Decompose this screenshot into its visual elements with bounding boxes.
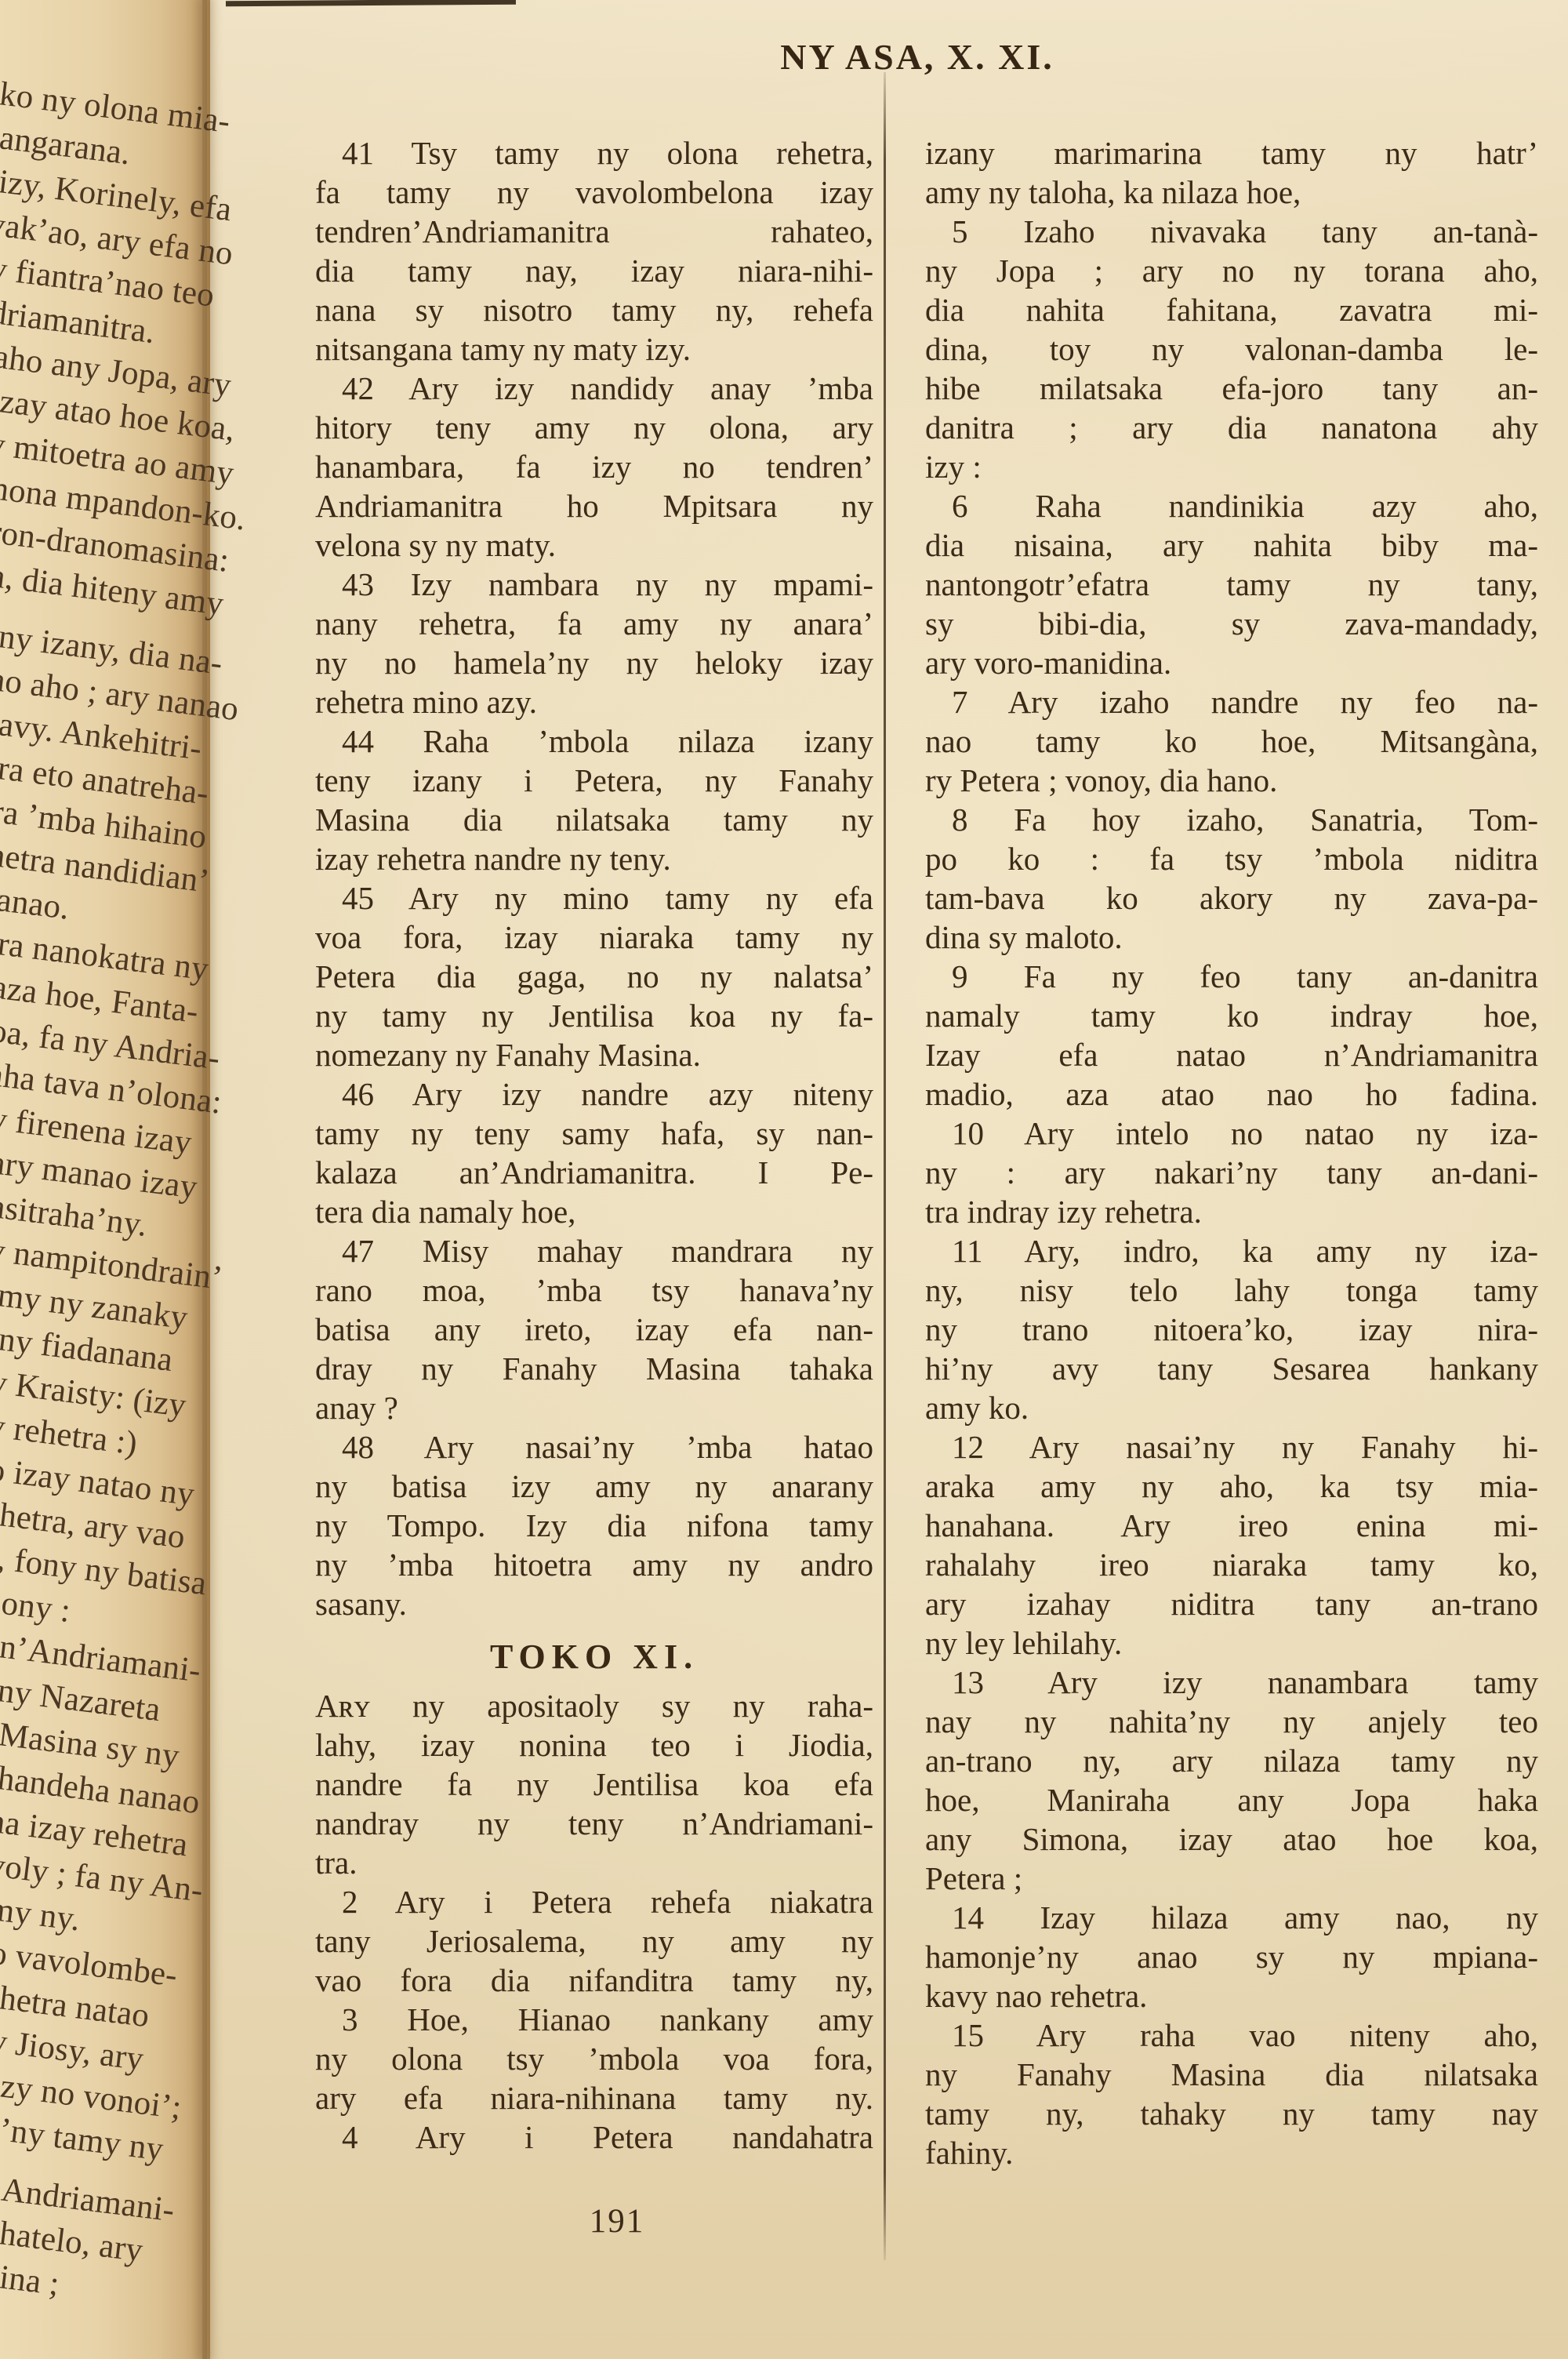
text-line: kalaza an’Andriamanitra. I Pe-	[315, 1153, 873, 1192]
page-number: 191	[315, 2202, 919, 2241]
text-line: rehetra mino azy.	[315, 682, 873, 722]
text-line: dina, toy ny valonan-damba le-	[925, 329, 1538, 369]
text-line: hoe, Maniraha any Jopa haka	[925, 1780, 1538, 1819]
text-line: 10 Ary intelo no natao ny iza-	[925, 1114, 1538, 1153]
text-line: ny, nisy telo lahy tonga tamy	[925, 1270, 1538, 1310]
text-line: 9 Fa ny feo tany an-danitra	[925, 957, 1538, 996]
binding-edge	[226, 0, 516, 6]
text-line: kavy nao rehetra.	[925, 1976, 1538, 2016]
text-line: 3 Hoe, Hianao nankany amy	[315, 2000, 873, 2039]
text-line: hanambara, fa izy no tendren’	[315, 447, 873, 486]
text-line: nay ny nahita’ny ny anjely teo	[925, 1702, 1538, 1741]
text-line: ny : ary nakari’ny tany an-dani-	[925, 1153, 1538, 1192]
text-line: tera dia namaly hoe,	[315, 1192, 873, 1231]
text-line: namaly tamy ko indray hoe,	[925, 996, 1538, 1035]
text-line: 42 Ary izy nandidy anay ’mba	[315, 369, 873, 408]
text-line: any Simona, izay atao hoe koa,	[925, 1819, 1538, 1859]
text-line: 46 Ary izy nandre azy niteny	[315, 1074, 873, 1114]
text-line: ny trano nitoera’ko, izay nira-	[925, 1310, 1538, 1349]
text-line: nandre fa ny Jentilisa koa efa	[315, 1765, 873, 1804]
text-line: izany marimarina tamy ny hatr’	[925, 133, 1538, 173]
text-line: ny olona tsy ’mbola voa fora,	[315, 2039, 873, 2078]
text-line: ny no hamela’ny ny heloky izay	[315, 643, 873, 682]
text-line: Izay efa natao n’Andriamanitra	[925, 1035, 1538, 1074]
text-line: rahalahy ireo niaraka tamy ko,	[925, 1545, 1538, 1584]
text-line: ary voro-manidina.	[925, 643, 1538, 682]
text-line: izy :	[925, 447, 1538, 486]
column-divider-rule	[884, 72, 886, 2260]
text-line: ny tamy ny Jentilisa koa ny fa-	[315, 996, 873, 1035]
text-line: teny izany i Petera, ny Fanahy	[315, 761, 873, 800]
text-line: araka amy ny aho, ka tsy mia-	[925, 1467, 1538, 1506]
text-line: 12 Ary nasai’ny ny Fanahy hi-	[925, 1427, 1538, 1467]
text-line: Petera dia gaga, no ny nalatsa’	[315, 957, 873, 996]
text-line: 4 Ary i Petera nandahatra	[315, 2117, 873, 2157]
text-line: 41 Tsy tamy ny olona rehetra,	[315, 133, 873, 173]
text-line: sy bibi-dia, sy zava-mandady,	[925, 604, 1538, 643]
text-line: nandray ny teny n’Andriamani-	[315, 1804, 873, 1843]
text-line: 5 Izaho nivavaka tany an-tanà-	[925, 212, 1538, 251]
text-line: dina sy maloto.	[925, 918, 1538, 957]
text-line: batisa any ireto, izay efa nan-	[315, 1310, 873, 1349]
text-line: nana sy nisotro tamy ny, rehefa	[315, 290, 873, 329]
text-line: ny ley lehilahy.	[925, 1623, 1538, 1663]
text-line: hamonje’ny anao sy ny mpiana-	[925, 1937, 1538, 1976]
text-line: amy ny taloha, ka nilaza hoe,	[925, 173, 1538, 212]
text-line: 13 Ary izy nanambara tamy	[925, 1663, 1538, 1702]
right-text-column: izany marimarina tamy ny hatr’amy ny tal…	[925, 133, 1538, 2172]
text-line: dia nisaina, ary nahita biby ma-	[925, 525, 1538, 565]
text-line: dia tamy nay, izay niara-nihi-	[315, 251, 873, 290]
text-line: Aʀʏ ny apositaoly sy ny raha-	[315, 1686, 873, 1725]
text-line: velona sy ny maty.	[315, 525, 873, 565]
text-line: dia nahita fahitana, zavatra mi-	[925, 290, 1538, 329]
text-line: dray ny Fanahy Masina tahaka	[315, 1349, 873, 1388]
chapter-heading: TOKO XI.	[315, 1637, 873, 1677]
text-line: ny Tompo. Izy dia nifona tamy	[315, 1506, 873, 1545]
text-line: 2 Ary i Petera rehefa niakatra	[315, 1882, 873, 1921]
text-line: hanahana. Ary ireo enina mi-	[925, 1506, 1538, 1545]
text-line: fa tamy ny vavolombelona izay	[315, 173, 873, 212]
text-line: fahiny.	[925, 2133, 1538, 2172]
text-line: 44 Raha ’mbola nilaza izany	[315, 722, 873, 761]
text-line: lahy, izay nonina teo i Jiodia,	[315, 1725, 873, 1765]
text-line: 8 Fa hoy izaho, Sanatria, Tom-	[925, 800, 1538, 839]
text-line: 7 Ary izaho nandre ny feo na-	[925, 682, 1538, 722]
text-line: 14 Izay hilaza amy nao, ny	[925, 1898, 1538, 1937]
text-line: tamy ny, tahaky ny tamy nay	[925, 2094, 1538, 2133]
text-line: hibe milatsaka efa-joro tany an-	[925, 369, 1538, 408]
text-line: voa fora, izay niaraka tamy ny	[315, 918, 873, 957]
text-line: 15 Ary raha vao niteny aho,	[925, 2016, 1538, 2055]
text-line: Masina dia nilatsaka tamy ny	[315, 800, 873, 839]
left-text-column: 41 Tsy tamy ny olona rehetra,fa tamy ny …	[315, 133, 873, 2157]
text-line: 45 Ary ny mino tamy ny efa	[315, 878, 873, 918]
text-line: hi’ny avy tany Sesarea hankany	[925, 1349, 1538, 1388]
text-line: sasany.	[315, 1584, 873, 1623]
text-line: ry Petera ; vonoy, dia hano.	[925, 761, 1538, 800]
text-line: 43 Izy nambara ny ny mpami-	[315, 565, 873, 604]
text-line: tendren’Andriamanitra rahateo,	[315, 212, 873, 251]
text-line: 11 Ary, indro, ka amy ny iza-	[925, 1231, 1538, 1270]
text-line: anay ?	[315, 1388, 873, 1427]
text-line: Andriamanitra ho Mpitsara ny	[315, 486, 873, 525]
text-line: 6 Raha nandinikia azy aho,	[925, 486, 1538, 525]
text-line: ary efa niara-nihinana tamy ny.	[315, 2078, 873, 2117]
previous-page-fragments: a’ko ny olona mia-arangarana.y izy, Kori…	[0, 69, 240, 2296]
text-line: vao fora dia nifanditra tamy ny,	[315, 1961, 873, 2000]
text-line: nany rehetra, fa amy ny anara’	[315, 604, 873, 643]
text-line: tra indray izy rehetra.	[925, 1192, 1538, 1231]
text-line: ny Jopa ; ary no ny torana aho,	[925, 251, 1538, 290]
verses-41-48: 41 Tsy tamy ny olona rehetra,fa tamy ny …	[315, 133, 873, 1623]
text-line: tamy ny teny samy hafa, sy nan-	[315, 1114, 873, 1153]
text-line: po ko : fa tsy ’mbola niditra	[925, 839, 1538, 878]
text-line: 48 Ary nasai’ny ’mba hatao	[315, 1427, 873, 1467]
text-line: ny ’mba hitoetra amy ny andro	[315, 1545, 873, 1584]
text-line: rano moa, ’mba tsy hanava’ny	[315, 1270, 873, 1310]
text-line: ny batisa izy amy ny anarany	[315, 1467, 873, 1506]
text-line: madio, aza atao nao ho fadina.	[925, 1074, 1538, 1114]
text-line: ary izahay niditra tany an-trano	[925, 1584, 1538, 1623]
chapter-11-verses: Aʀʏ ny apositaoly sy ny raha-lahy, izay …	[315, 1686, 873, 2157]
text-line: tam-bava ko akory ny zava-pa-	[925, 878, 1538, 918]
text-line: nao tamy ko hoe, Mitsangàna,	[925, 722, 1538, 761]
text-line: danitra ; ary dia nanatona ahy	[925, 408, 1538, 447]
text-line: hitory teny amy ny olona, ary	[315, 408, 873, 447]
running-header: NY ASA, X. XI.	[749, 36, 1086, 78]
text-line: nomezany ny Fanahy Masina.	[315, 1035, 873, 1074]
text-line: 47 Misy mahay mandrara ny	[315, 1231, 873, 1270]
text-line: tra.	[315, 1843, 873, 1882]
text-line: izay rehetra nandre ny teny.	[315, 839, 873, 878]
text-line: tany Jeriosalema, ny amy ny	[315, 1921, 873, 1961]
text-line: nantongotr’efatra tamy ny tany,	[925, 565, 1538, 604]
text-line: Petera ;	[925, 1859, 1538, 1898]
text-line: nitsangana tamy ny maty izy.	[315, 329, 873, 369]
text-line: an-trano ny, ary nilaza tamy ny	[925, 1741, 1538, 1780]
text-line: ny Fanahy Masina dia nilatsaka	[925, 2055, 1538, 2094]
text-line: amy ko.	[925, 1388, 1538, 1427]
